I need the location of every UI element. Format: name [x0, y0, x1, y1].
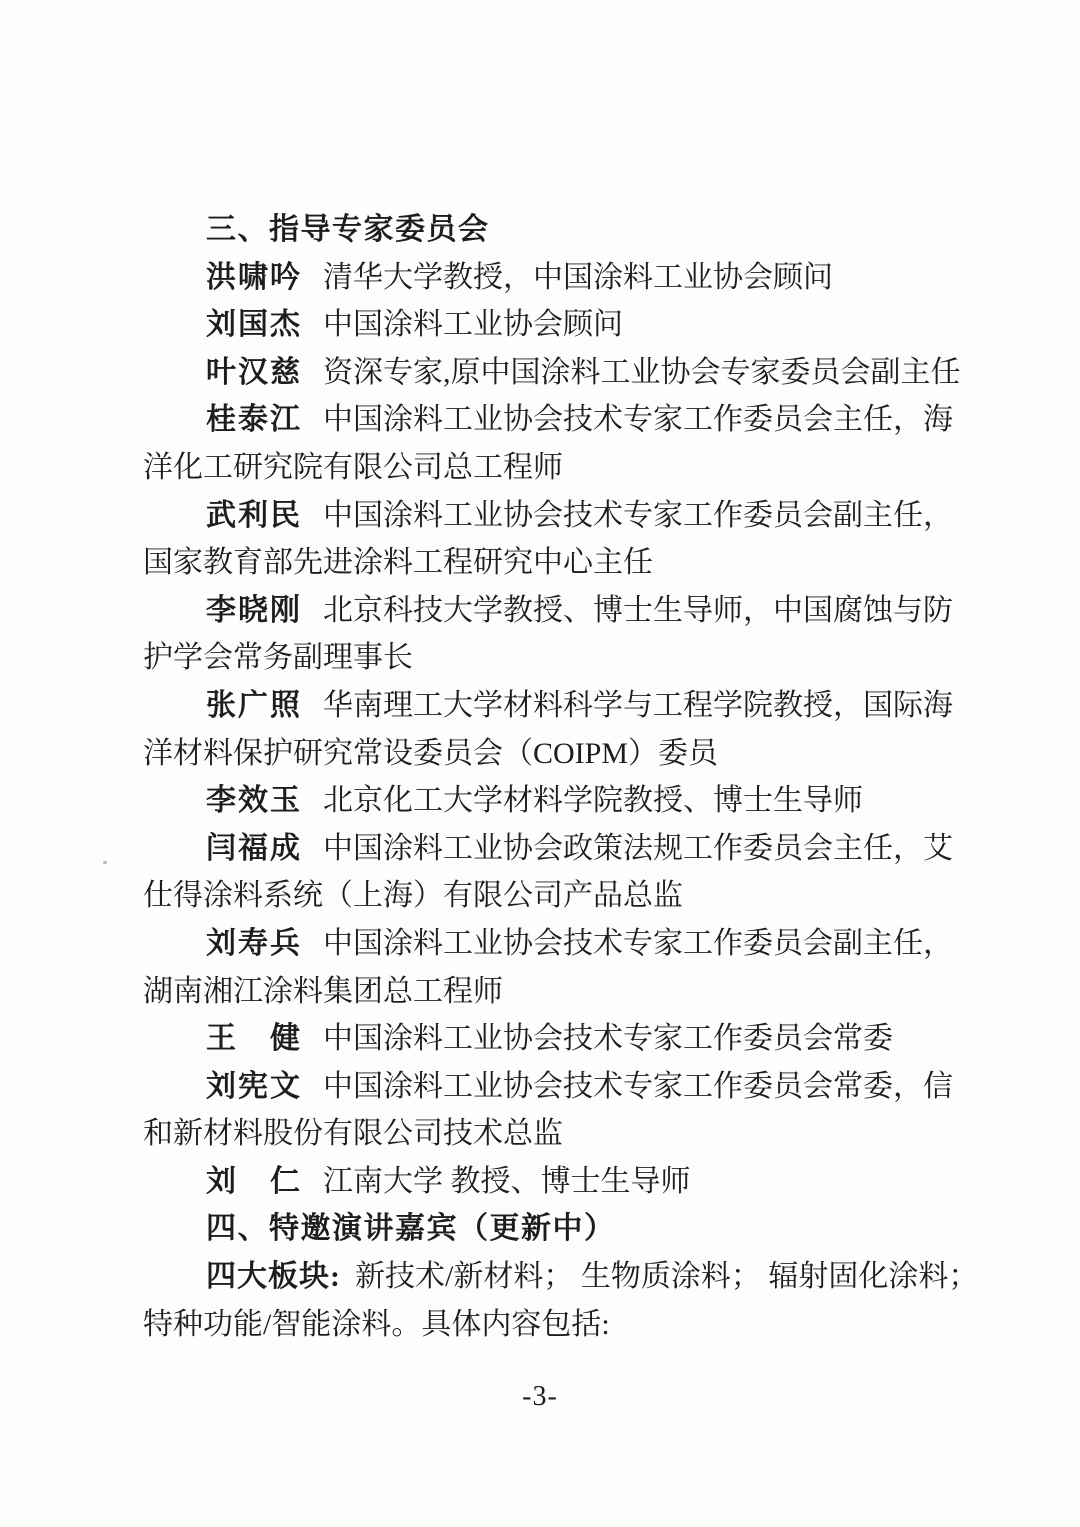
continuation-text: 护学会常务副理事长	[143, 641, 413, 674]
entry-description: 北京化工大学材料学院教授、博士生导师	[323, 784, 863, 817]
committee-entry-line: 刘宪文中国涂料工业协会技术专家工作委员会常委，信	[143, 1063, 973, 1111]
entry-description: 中国涂料工业协会政策法规工作委员会主任，艾	[323, 832, 953, 865]
entry-description: 中国涂料工业协会技术专家工作委员会常委，信	[323, 1070, 953, 1103]
committee-entry-line: 王 健中国涂料工业协会技术专家工作委员会常委	[143, 1015, 973, 1063]
entry-description: 中国涂料工业协会顾问	[323, 308, 623, 341]
entry-name: 张广照	[206, 689, 302, 722]
continuation-text: 国家教育部先进涂料工程研究中心主任	[143, 546, 653, 579]
paragraph-continuation-line: 和新材料股份有限公司技术总监	[143, 1110, 973, 1158]
paragraph-continuation-line: 特种功能/智能涂料。具体内容包括:	[143, 1301, 973, 1349]
entry-name: 桂泰江	[206, 403, 302, 436]
entry-name: 刘寿兵	[206, 927, 302, 960]
committee-entry-line: 刘寿兵中国涂料工业协会技术专家工作委员会副主任，	[143, 920, 973, 968]
paragraph-continuation-line: 洋材料保护研究常设委员会（COIPM）委员	[143, 730, 973, 778]
committee-entry-line: 桂泰江中国涂料工业协会技术专家工作委员会主任，海	[143, 396, 973, 444]
entry-name: 刘 仁	[206, 1165, 302, 1198]
document-body: 三、指导专家委员会洪啸吟清华大学教授，中国涂料工业协会顾问刘国杰中国涂料工业协会…	[143, 206, 973, 1348]
paragraph-continuation-line: 护学会常务副理事长	[143, 634, 973, 682]
committee-entry-line: 刘 仁江南大学 教授、博士生导师	[143, 1158, 973, 1206]
committee-entry-line: 四大板块:新技术/新材料； 生物质涂料； 辐射固化涂料；	[143, 1253, 973, 1301]
committee-entry-line: 刘国杰中国涂料工业协会顾问	[143, 301, 973, 349]
committee-entry-line: 李效玉北京化工大学材料学院教授、博士生导师	[143, 777, 973, 825]
committee-entry-line: 洪啸吟清华大学教授，中国涂料工业协会顾问	[143, 254, 973, 302]
entry-name: 李效玉	[206, 784, 302, 817]
entry-description: 江南大学 教授、博士生导师	[323, 1165, 691, 1198]
entry-description: 中国涂料工业协会技术专家工作委员会常委	[323, 1022, 893, 1055]
entry-name: 刘宪文	[206, 1070, 302, 1103]
entry-description: 中国涂料工业协会技术专家工作委员会主任，海	[323, 403, 953, 436]
entry-description: 资深专家,原中国涂料工业协会专家委员会副主任	[323, 356, 961, 389]
section-heading-text: 四、特邀演讲嘉宾（更新中）	[206, 1212, 616, 1245]
continuation-text: 湖南湘江涂料集团总工程师	[143, 975, 503, 1008]
committee-entry-line: 叶汉慈资深专家,原中国涂料工业协会专家委员会副主任	[143, 349, 973, 397]
entry-description: 北京科技大学教授、博士生导师，中国腐蚀与防	[323, 594, 953, 627]
entry-description: 华南理工大学材料科学与工程学院教授，国际海	[323, 689, 953, 722]
section-heading: 三、指导专家委员会	[143, 206, 973, 254]
scan-speck	[103, 861, 107, 864]
committee-entry-line: 武利民中国涂料工业协会技术专家工作委员会副主任，	[143, 492, 973, 540]
entry-name: 四大板块:	[206, 1260, 341, 1293]
continuation-text: 洋化工研究院有限公司总工程师	[143, 451, 563, 484]
continuation-text: 和新材料股份有限公司技术总监	[143, 1117, 563, 1150]
entry-name: 洪啸吟	[206, 261, 302, 294]
section-heading: 四、特邀演讲嘉宾（更新中）	[143, 1205, 973, 1253]
entry-name: 王 健	[206, 1022, 302, 1055]
paragraph-continuation-line: 洋化工研究院有限公司总工程师	[143, 444, 973, 492]
entry-name: 李晓刚	[206, 594, 302, 627]
document-page: 三、指导专家委员会洪啸吟清华大学教授，中国涂料工业协会顾问刘国杰中国涂料工业协会…	[0, 0, 1080, 1527]
continuation-text: 仕得涂料系统（上海）有限公司产品总监	[143, 879, 683, 912]
continuation-text: 洋材料保护研究常设委员会（COIPM）委员	[143, 737, 718, 770]
continuation-text: 特种功能/智能涂料。具体内容包括:	[143, 1308, 610, 1341]
paragraph-continuation-line: 仕得涂料系统（上海）有限公司产品总监	[143, 872, 973, 920]
section-heading-text: 三、指导专家委员会	[206, 213, 490, 246]
entry-name: 叶汉慈	[206, 356, 302, 389]
paragraph-continuation-line: 湖南湘江涂料集团总工程师	[143, 968, 973, 1016]
entry-description: 中国涂料工业协会技术专家工作委员会副主任，	[323, 927, 953, 960]
entry-name: 刘国杰	[206, 308, 302, 341]
page-number: -3-	[0, 1381, 1080, 1413]
committee-entry-line: 闫福成中国涂料工业协会政策法规工作委员会主任，艾	[143, 825, 973, 873]
committee-entry-line: 张广照华南理工大学材料科学与工程学院教授，国际海	[143, 682, 973, 730]
entry-description: 中国涂料工业协会技术专家工作委员会副主任，	[323, 499, 953, 532]
entry-name: 武利民	[206, 499, 302, 532]
committee-entry-line: 李晓刚北京科技大学教授、博士生导师，中国腐蚀与防	[143, 587, 973, 635]
entry-description: 新技术/新材料； 生物质涂料； 辐射固化涂料；	[355, 1260, 978, 1293]
paragraph-continuation-line: 国家教育部先进涂料工程研究中心主任	[143, 539, 973, 587]
entry-name: 闫福成	[206, 832, 302, 865]
entry-description: 清华大学教授，中国涂料工业协会顾问	[323, 261, 833, 294]
